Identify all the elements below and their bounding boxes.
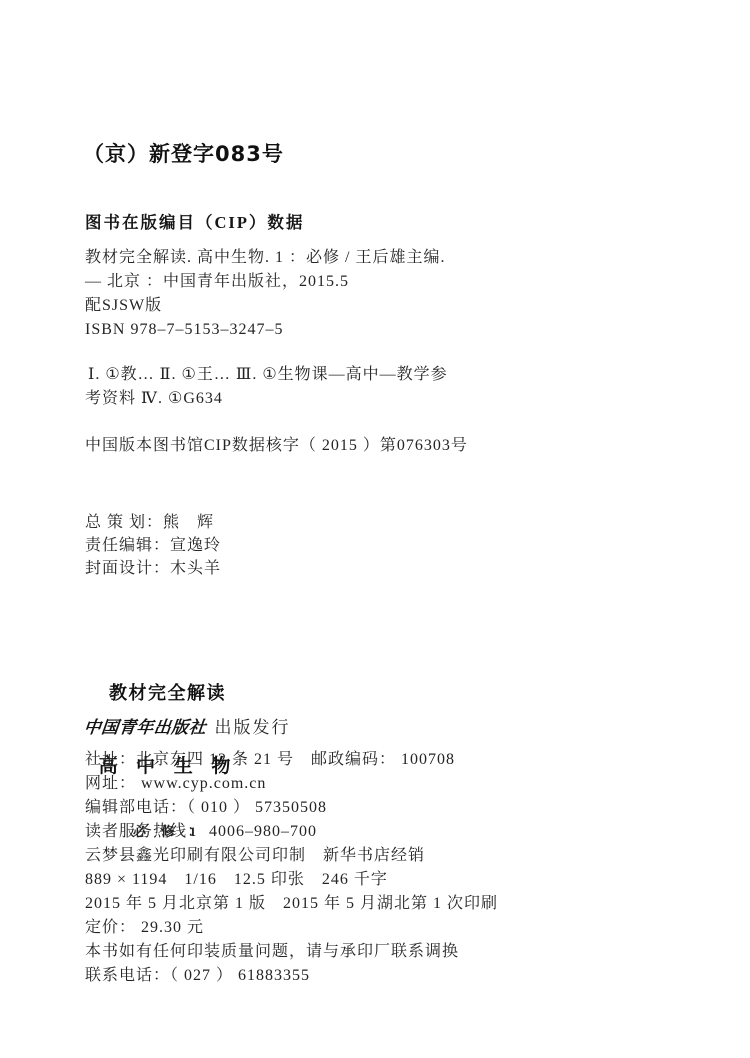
colophon-block: 社址：北京东四 12 条 21 号 邮政编码： 100708 网址： www.c… [85, 750, 498, 990]
colophon-price: 定价： 29.30 元 [85, 918, 498, 942]
cip-edition-note: 配SJSW版 [85, 297, 445, 321]
cip-description-block: 教材完全解读. 高中生物. 1 ：必修 / 王后雄主编. — 北京 ：中国青年出… [85, 249, 445, 345]
colophon-website: 网址： www.cyp.com.cn [85, 774, 498, 798]
colophon-reader-hotline: 读者服务热线： 4006–980–700 [85, 822, 498, 846]
colophon-format-spec: 889 × 1194 1/16 12.5 印张 246 千字 [85, 870, 498, 894]
registration-number: （京）新登字083号 [83, 138, 284, 168]
classification-line-1: Ⅰ. ①教… Ⅱ. ①王… Ⅲ. ①生物课—高中—教学参 [85, 366, 448, 390]
publisher-logo: 中国青年出版社 [83, 713, 208, 738]
cip-record-number: 中国版本图书馆CIP数据核字（ 2015 ）第076303号 [85, 438, 468, 454]
copyright-page: （京）新登字083号 图书在版编目（CIP）数据 教材完全解读. 高中生物. 1… [0, 0, 750, 1058]
credit-responsible-editor: 责任编辑：宣逸玲 [85, 537, 221, 560]
publisher-action-label: 出版发行 [215, 713, 291, 738]
cip-imprint-line: — 北京 ：中国青年出版社，2015.5 [85, 273, 445, 297]
credit-cover-designer: 封面设计：木头羊 [85, 560, 221, 583]
cip-heading: 图书在版编目（CIP）数据 [85, 209, 304, 233]
cip-classification-block: Ⅰ. ①教… Ⅱ. ①王… Ⅲ. ①生物课—高中—教学参 考资料 Ⅳ. ①G63… [85, 366, 448, 414]
book-series-title: 教材完全解读 [60, 679, 275, 705]
colophon-quality-note: 本书如有任何印装质量问题，请与承印厂联系调换 [85, 942, 498, 966]
cip-title-statement: 教材完全解读. 高中生物. 1 ：必修 / 王后雄主编. [85, 249, 445, 273]
colophon-address: 社址：北京东四 12 条 21 号 邮政编码： 100708 [85, 750, 498, 774]
classification-line-2: 考资料 Ⅳ. ①G634 [85, 390, 448, 414]
colophon-editorial-phone: 编辑部电话：（ 010 ） 57350508 [85, 798, 498, 822]
cip-isbn: ISBN 978–7–5153–3247–5 [85, 321, 445, 345]
colophon-printer-distributor: 云梦县鑫光印刷有限公司印制 新华书店经销 [85, 846, 498, 870]
credit-chief-planner: 总 策 划：熊 辉 [85, 514, 221, 537]
colophon-contact-phone: 联系电话：（ 027 ） 61883355 [85, 966, 498, 990]
colophon-edition-printing: 2015 年 5 月北京第 1 版 2015 年 5 月湖北第 1 次印刷 [85, 894, 498, 918]
publisher-line: 中国青年出版社 出版发行 [84, 713, 291, 738]
credits-block: 总 策 划：熊 辉 责任编辑：宣逸玲 封面设计：木头羊 [85, 514, 221, 583]
